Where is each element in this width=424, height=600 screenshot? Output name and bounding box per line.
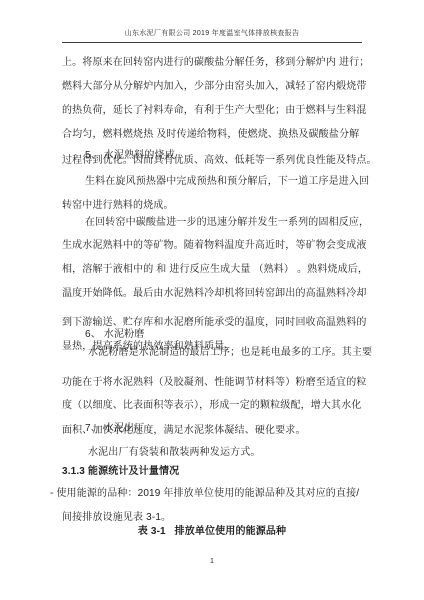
text-line: 表 3-1 排放单位使用的能源品种 xyxy=(0,526,424,538)
text-line: 功能在于将水泥熟料（及胶凝剂、性能调节材料等）粉磨至适宜的粒 xyxy=(62,377,367,389)
text-line: 过程得到优化。因而具有优质、高效、低耗等一系列优良性能及特点。 xyxy=(62,155,377,167)
text-line: 燃料大部分从分解炉内加入，少部分由窑头加入，减轻了窑内煅烧带 xyxy=(62,81,367,93)
text-line: 相，溶解于液相中的 和 进行反应生成大量 （熟料） 。熟料烧成后， xyxy=(62,264,368,276)
text-line: 到下游输送、贮存库和水泥磨所能承受的温度，同时回收高温熟料的 xyxy=(62,317,367,329)
text-line: 上。将原来在回转窑内进行的碳酸盐分解任务，移到分解炉内 进行； xyxy=(62,57,369,69)
document-page: 山东水泥厂有限公司 2019 年度温室气体排放核查报告 上。将原来在回转窑内进行… xyxy=(0,0,424,600)
text-line: - 使用能源的品种：2019 年排放单位使用的能源品种及其对应的直接/ xyxy=(50,488,359,500)
text-line: 的热负荷，延长了衬料寿命，有利于生产大型化；由于燃料与生料混 xyxy=(62,105,367,117)
header-divider-rule xyxy=(62,42,362,43)
page-header-title: 山东水泥厂有限公司 2019 年度温室气体排放核查报告 xyxy=(0,28,424,38)
text-line: 合均匀，燃料燃烧热 及时传递给物料，使燃烧、换热及碳酸盐分解 xyxy=(62,129,359,141)
text-line: 生成水泥熟料中的等矿物。随着物料温度升高近时，等矿物会变成液 xyxy=(62,240,367,252)
text-line: 3.1.3 能源统计及计量情况 xyxy=(62,466,179,478)
text-line: 度（以细度、比表面积等表示），形成一定的颗粒级配，增大其水化 xyxy=(62,400,362,412)
text-line: 间接排放设施见表 3-1。 xyxy=(62,512,171,524)
text-line: 水泥出厂有袋装和散装两种发运方式。 xyxy=(88,447,261,459)
text-line: 温度开始降低。最后由水泥熟料冷却机将回转窑卸出的高温熟料冷却 xyxy=(62,288,367,300)
page-number: 1 xyxy=(0,556,424,565)
text-line: 面积、加快水化速度，满足水泥浆体凝结、硬化要求。 xyxy=(62,425,306,437)
text-line: 6、 水泥粉磨 xyxy=(85,329,144,341)
text-line: 转窑中进行熟料的烧成。 xyxy=(62,200,174,212)
text-line: 水泥粉磨是水泥制造的最后工序；也是耗电最多的工序。其主要 xyxy=(88,347,372,359)
text-line: 在回转窑中碳酸盐进一步的迅速分解并发生一系列的固相反应， xyxy=(85,217,369,229)
text-line: 生料在旋风预热器中完成预热和预分解后，下一道工序是进入回 xyxy=(85,176,369,188)
